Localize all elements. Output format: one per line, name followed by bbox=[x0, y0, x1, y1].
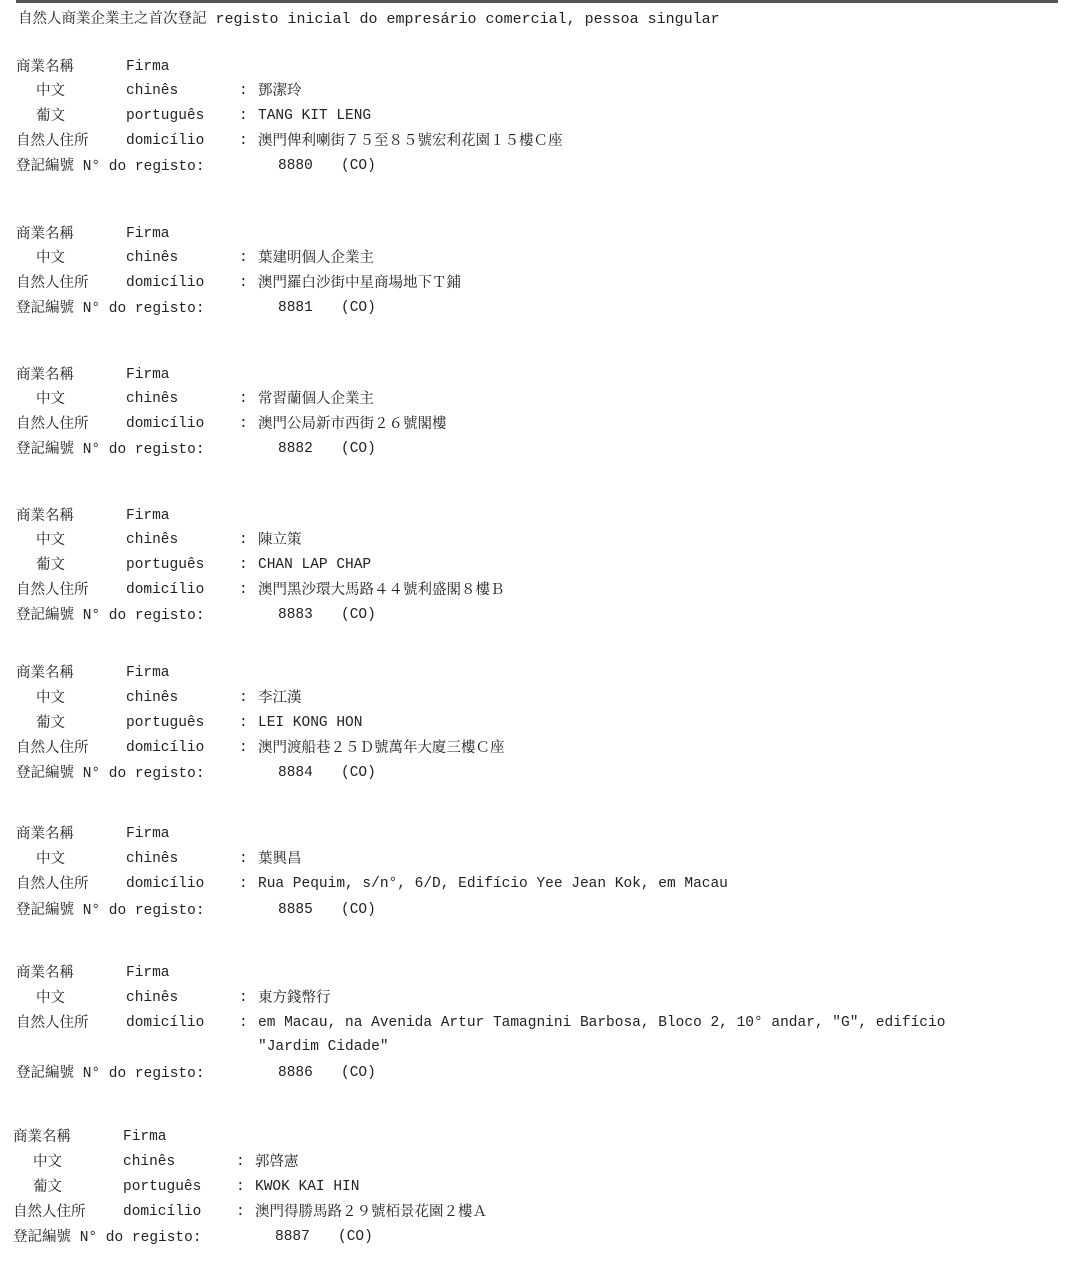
registo-label-pt: N° do registo: bbox=[83, 301, 205, 317]
chines-value: 東方錢幣行 bbox=[258, 986, 331, 1010]
portugues-value: TANG KIT LENG bbox=[258, 104, 371, 128]
colon: : bbox=[236, 1175, 245, 1199]
firma-label-pt: Firma bbox=[126, 961, 170, 985]
registo-label-zh: 登記編號 bbox=[16, 158, 74, 174]
domicilio-label-pt: domicílio bbox=[126, 736, 204, 760]
registo-label-zh: 登記編號 bbox=[16, 441, 74, 457]
domicilio-value: 澳門黑沙環大馬路４４號利盛閣８樓Ｂ bbox=[258, 578, 505, 602]
colon: : bbox=[239, 686, 248, 710]
firma-label-pt: Firma bbox=[123, 1125, 167, 1149]
domicilio-label-pt: domicílio bbox=[126, 1011, 204, 1035]
domicilio-label-zh: 自然人住所 bbox=[16, 578, 89, 602]
chines-label-pt: chinês bbox=[126, 986, 178, 1010]
domicilio-label-zh: 自然人住所 bbox=[16, 1011, 89, 1035]
chines-value: 鄧潔玲 bbox=[258, 79, 302, 103]
firma-label-zh: 商業名稱 bbox=[16, 961, 74, 985]
registo-code: (CO) bbox=[341, 296, 376, 320]
colon: : bbox=[239, 872, 248, 896]
portugues-value: CHAN LAP CHAP bbox=[258, 553, 371, 577]
registo-number: 8886 bbox=[278, 1061, 313, 1085]
domicilio-label-pt: domicílio bbox=[126, 129, 204, 153]
registo-label-zh: 登記編號 bbox=[13, 1229, 71, 1245]
chines-value: 李江漢 bbox=[258, 686, 302, 710]
portugues-value: KWOK KAI HIN bbox=[255, 1175, 359, 1199]
chines-label-zh: 中文 bbox=[16, 986, 65, 1010]
portugues-label-pt: português bbox=[126, 711, 204, 735]
colon: : bbox=[239, 986, 248, 1010]
scan-top-border bbox=[16, 0, 1058, 3]
chines-label-zh: 中文 bbox=[16, 686, 65, 710]
firma-label-pt: Firma bbox=[126, 504, 170, 528]
domicilio-value: 澳門公局新市西街２６號閣樓 bbox=[258, 412, 447, 436]
chines-label-zh: 中文 bbox=[16, 387, 65, 411]
colon: : bbox=[239, 387, 248, 411]
portugues-label-pt: português bbox=[123, 1175, 201, 1199]
colon: : bbox=[239, 246, 248, 270]
portugues-label-zh: 葡文 bbox=[13, 1175, 62, 1199]
registo-label-pt: N° do registo: bbox=[83, 1066, 205, 1082]
colon: : bbox=[239, 736, 248, 760]
title-pt: registo inicial do empresário comercial,… bbox=[216, 11, 720, 28]
registo-number: 8887 bbox=[275, 1225, 310, 1249]
chines-label-pt: chinês bbox=[126, 387, 178, 411]
colon: : bbox=[239, 129, 248, 153]
registo-code: (CO) bbox=[341, 761, 376, 785]
colon: : bbox=[239, 271, 248, 295]
document-title: 自然人商業企業主之首次登記 registo inicial do empresá… bbox=[18, 7, 720, 28]
chines-label-zh: 中文 bbox=[16, 528, 65, 552]
registo-code: (CO) bbox=[338, 1225, 373, 1249]
chines-value: 常習蘭個人企業主 bbox=[258, 387, 374, 411]
chines-label-zh: 中文 bbox=[16, 79, 65, 103]
domicilio-value: 澳門得勝馬路２９號栢景花園２樓Ａ bbox=[255, 1200, 487, 1224]
registo-number: 8882 bbox=[278, 437, 313, 461]
registo-label-pt: N° do registo: bbox=[80, 1230, 202, 1246]
registo-number: 8880 bbox=[278, 154, 313, 178]
domicilio-label-zh: 自然人住所 bbox=[16, 129, 89, 153]
firma-label-zh: 商業名稱 bbox=[13, 1125, 71, 1149]
colon: : bbox=[236, 1200, 245, 1224]
domicilio-value: Rua Pequim, s/n°, 6/D, Edifício Yee Jean… bbox=[258, 872, 728, 896]
domicilio-label-zh: 自然人住所 bbox=[16, 412, 89, 436]
registo-label-pt: N° do registo: bbox=[83, 903, 205, 919]
chines-label-pt: chinês bbox=[126, 847, 178, 871]
chines-value: 葉興昌 bbox=[258, 847, 302, 871]
firma-label-pt: Firma bbox=[126, 363, 170, 387]
domicilio-value: 澳門俾利喇街７５至８５號宏利花園１５樓Ｃ座 bbox=[258, 129, 563, 153]
chines-label-pt: chinês bbox=[123, 1150, 175, 1174]
chines-label-zh: 中文 bbox=[16, 246, 65, 270]
chines-value: 葉建明個人企業主 bbox=[258, 246, 374, 270]
colon: : bbox=[239, 79, 248, 103]
colon: : bbox=[239, 1011, 248, 1035]
colon: : bbox=[239, 578, 248, 602]
registo-code: (CO) bbox=[341, 154, 376, 178]
registo-label-pt: N° do registo: bbox=[83, 608, 205, 624]
registo-code: (CO) bbox=[341, 1061, 376, 1085]
domicilio-label-zh: 自然人住所 bbox=[16, 736, 89, 760]
domicilio-label-pt: domicílio bbox=[123, 1200, 201, 1224]
registo-label-zh: 登記編號 bbox=[16, 607, 74, 623]
portugues-label-zh: 葡文 bbox=[16, 711, 65, 735]
firma-label-zh: 商業名稱 bbox=[16, 504, 74, 528]
registo-label-pt: N° do registo: bbox=[83, 442, 205, 458]
domicilio-label-pt: domicílio bbox=[126, 271, 204, 295]
title-zh: 自然人商業企業主之首次登記 bbox=[18, 11, 207, 27]
chines-label-pt: chinês bbox=[126, 246, 178, 270]
colon: : bbox=[236, 1150, 245, 1174]
firma-label-pt: Firma bbox=[126, 222, 170, 246]
domicilio-value-continued: "Jardim Cidade" bbox=[258, 1035, 389, 1059]
colon: : bbox=[239, 553, 248, 577]
colon: : bbox=[239, 104, 248, 128]
registo-label-zh: 登記編號 bbox=[16, 1065, 74, 1081]
firma-label-zh: 商業名稱 bbox=[16, 363, 74, 387]
registo-label-pt: N° do registo: bbox=[83, 766, 205, 782]
registo-label-pt: N° do registo: bbox=[83, 159, 205, 175]
chines-label-zh: 中文 bbox=[16, 847, 65, 871]
firma-label-pt: Firma bbox=[126, 661, 170, 685]
chines-value: 郭啓憲 bbox=[255, 1150, 299, 1174]
domicilio-label-pt: domicílio bbox=[126, 872, 204, 896]
registo-code: (CO) bbox=[341, 898, 376, 922]
colon: : bbox=[239, 847, 248, 871]
chines-label-pt: chinês bbox=[126, 79, 178, 103]
domicilio-label-pt: domicílio bbox=[126, 578, 204, 602]
domicilio-label-zh: 自然人住所 bbox=[16, 271, 89, 295]
chines-value: 陳立策 bbox=[258, 528, 302, 552]
domicilio-value: 澳門渡船巷２５Ｄ號萬年大廈三樓Ｃ座 bbox=[258, 736, 505, 760]
colon: : bbox=[239, 711, 248, 735]
firma-label-zh: 商業名稱 bbox=[16, 222, 74, 246]
firma-label-zh: 商業名稱 bbox=[16, 822, 74, 846]
domicilio-label-zh: 自然人住所 bbox=[16, 872, 89, 896]
domicilio-value: 澳門羅白沙街中星商場地下Ｔ鋪 bbox=[258, 271, 461, 295]
domicilio-value: em Macau, na Avenida Artur Tamagnini Bar… bbox=[258, 1011, 945, 1035]
chines-label-pt: chinês bbox=[126, 528, 178, 552]
portugues-label-zh: 葡文 bbox=[16, 104, 65, 128]
registo-number: 8884 bbox=[278, 761, 313, 785]
chines-label-pt: chinês bbox=[126, 686, 178, 710]
portugues-label-zh: 葡文 bbox=[16, 553, 65, 577]
registo-code: (CO) bbox=[341, 603, 376, 627]
registo-label-zh: 登記編號 bbox=[16, 765, 74, 781]
portugues-label-pt: português bbox=[126, 104, 204, 128]
portugues-value: LEI KONG HON bbox=[258, 711, 362, 735]
registo-number: 8881 bbox=[278, 296, 313, 320]
registo-number: 8885 bbox=[278, 898, 313, 922]
registo-number: 8883 bbox=[278, 603, 313, 627]
firma-label-pt: Firma bbox=[126, 822, 170, 846]
firma-label-pt: Firma bbox=[126, 55, 170, 79]
firma-label-zh: 商業名稱 bbox=[16, 661, 74, 685]
colon: : bbox=[239, 528, 248, 552]
domicilio-label-zh: 自然人住所 bbox=[13, 1200, 86, 1224]
domicilio-label-pt: domicílio bbox=[126, 412, 204, 436]
portugues-label-pt: português bbox=[126, 553, 204, 577]
registo-label-zh: 登記編號 bbox=[16, 300, 74, 316]
registo-label-zh: 登記編號 bbox=[16, 902, 74, 918]
colon: : bbox=[239, 412, 248, 436]
registo-code: (CO) bbox=[341, 437, 376, 461]
chines-label-zh: 中文 bbox=[13, 1150, 62, 1174]
firma-label-zh: 商業名稱 bbox=[16, 55, 74, 79]
